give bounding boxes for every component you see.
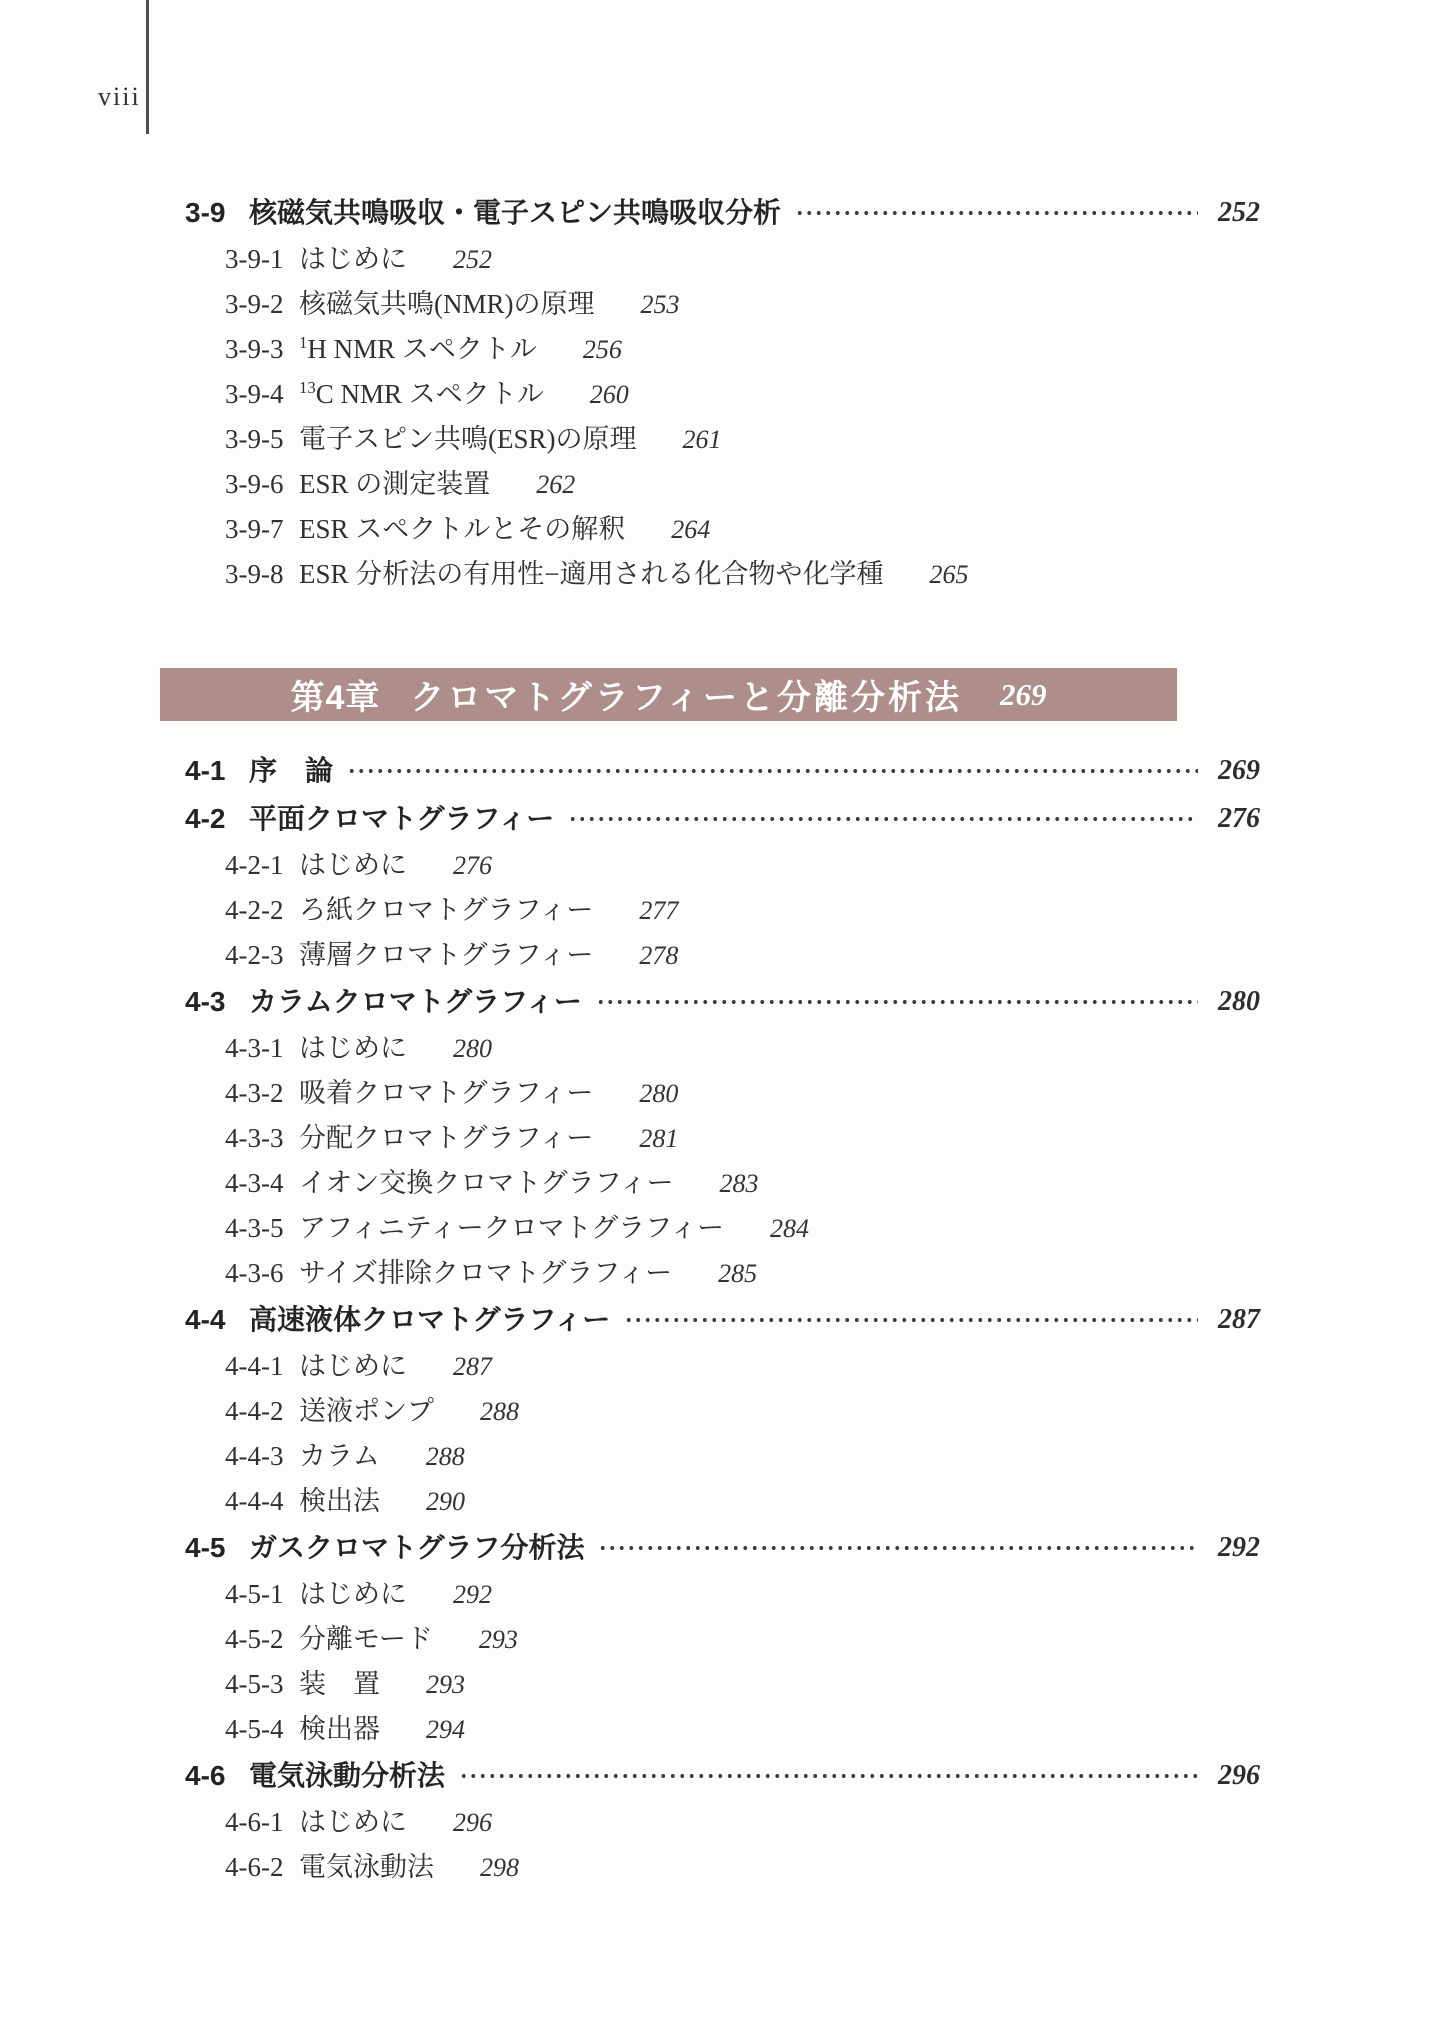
toc-subentry-page: 288: [480, 1397, 519, 1427]
toc-subentry-page: 265: [930, 560, 969, 590]
toc-subentry-page: 276: [453, 851, 492, 881]
toc-subentry-title: サイズ排除クロマトグラフィー: [299, 1258, 672, 1288]
toc-subentry-4-3-2: 4-3-2吸着クロマトグラフィー280: [185, 1078, 1260, 1108]
toc-entry-4-2: 4-2平面クロマトグラフィー276: [185, 802, 1260, 836]
toc-subentry-4-6-2: 4-6-2電気泳動法298: [185, 1852, 1260, 1882]
toc-subentry-number: 3-9-2: [225, 289, 299, 319]
toc-subentry-title: 13C NMR スペクトル: [299, 379, 544, 409]
toc-subentry-page: 284: [770, 1214, 809, 1244]
toc-subentry-3-9-2: 3-9-2核磁気共鳴(NMR)の原理253: [185, 289, 1260, 319]
toc-subentry-page: 292: [453, 1580, 492, 1610]
toc-subentry-page: 256: [583, 335, 622, 365]
toc-subentry-page: 285: [718, 1259, 757, 1289]
toc-chapter4-block: 4-1序 論2694-2平面クロマトグラフィー2764-2-1はじめに2764-…: [185, 754, 1260, 1882]
toc-subentry-title: はじめに: [299, 1807, 407, 1837]
toc-subentry-3-9-3: 3-9-31H NMR スペクトル256: [185, 334, 1260, 364]
toc-subentry-page: 281: [639, 1124, 678, 1154]
toc-subentry-page: 293: [479, 1625, 518, 1655]
toc-subentry-page: 294: [426, 1715, 465, 1745]
toc-subentry-title-text: サイズ排除クロマトグラフィー: [299, 1258, 672, 1288]
toc-subentry-page: 262: [536, 470, 575, 500]
toc-subentry-page: 261: [683, 425, 722, 455]
toc-subentry-page: 264: [671, 515, 710, 545]
toc-subentry-number: 4-2-3: [225, 940, 299, 970]
dotted-leader: [624, 1303, 1198, 1337]
toc-subentry-4-5-3: 4-5-3装 置293: [185, 1669, 1260, 1699]
toc-subentry-title-text: はじめに: [299, 850, 407, 880]
toc-subentry-number: 4-4-1: [225, 1351, 299, 1381]
toc-entry-4-3: 4-3カラムクロマトグラフィー280: [185, 985, 1260, 1019]
table-of-contents: 3-9核磁気共鳴吸収・電子スピン共鳴吸収分析2523-9-1はじめに2523-9…: [185, 196, 1260, 1897]
toc-subentry-page: 277: [639, 896, 678, 926]
toc-subentry-title: 送液ポンプ: [299, 1396, 434, 1426]
toc-subentry-number: 3-9-8: [225, 559, 299, 589]
toc-entry-title: 平面クロマトグラフィー: [249, 802, 554, 836]
toc-entry-number: 4-4: [185, 1303, 249, 1337]
toc-entry-number: 4-5: [185, 1531, 249, 1565]
toc-subentry-4-4-2: 4-4-2送液ポンプ288: [185, 1396, 1260, 1426]
toc-entry-number: 4-2: [185, 802, 249, 836]
toc-subentry-page: 280: [453, 1034, 492, 1064]
toc-subentry-4-4-3: 4-4-3カラム288: [185, 1441, 1260, 1471]
toc-subentry-4-5-4: 4-5-4検出器294: [185, 1714, 1260, 1744]
toc-subentry-number: 4-6-1: [225, 1807, 299, 1837]
toc-subentry-number: 4-3-5: [225, 1213, 299, 1243]
chapter-number: 第4章: [290, 670, 380, 719]
toc-entry-page: 280: [1210, 985, 1260, 1019]
toc-subentry-4-3-1: 4-3-1はじめに280: [185, 1033, 1260, 1063]
toc-subentry-3-9-4: 3-9-413C NMR スペクトル260: [185, 379, 1260, 409]
toc-entry-number: 4-6: [185, 1759, 249, 1793]
toc-subentry-title: イオン交換クロマトグラフィー: [299, 1168, 674, 1198]
toc-entry-title: カラムクロマトグラフィー: [249, 985, 582, 1019]
folio-divider-rule: [146, 0, 149, 134]
toc-subentry-title-text: 薄層クロマトグラフィー: [299, 940, 593, 970]
toc-subentry-number: 3-9-5: [225, 424, 299, 454]
toc-entry-title: ガスクロマトグラフ分析法: [249, 1531, 584, 1565]
toc-subentry-number: 4-3-4: [225, 1168, 299, 1198]
toc-subentry-title-text: アフィニティークロマトグラフィー: [299, 1213, 724, 1243]
toc-subentry-title: 検出器: [299, 1714, 380, 1744]
toc-entry-number: 4-1: [185, 754, 249, 788]
toc-subentry-page: 296: [453, 1808, 492, 1838]
toc-subentry-title: アフィニティークロマトグラフィー: [299, 1213, 724, 1243]
toc-subentry-4-6-1: 4-6-1はじめに296: [185, 1807, 1260, 1837]
toc-subentry-title-text: はじめに: [299, 1579, 407, 1609]
toc-subentry-3-9-7: 3-9-7ESR スペクトルとその解釈264: [185, 514, 1260, 544]
toc-subentry-title-text: はじめに: [299, 244, 407, 274]
toc-subentry-page: 253: [641, 290, 680, 320]
toc-subentry-3-9-5: 3-9-5電子スピン共鳴(ESR)の原理261: [185, 424, 1260, 454]
toc-subentry-number: 4-3-2: [225, 1078, 299, 1108]
toc-subentry-number: 3-9-4: [225, 379, 299, 409]
dotted-leader: [596, 985, 1198, 1019]
toc-subentry-number: 4-5-2: [225, 1624, 299, 1654]
toc-subentry-number: 3-9-6: [225, 469, 299, 499]
toc-subentry-title-text: C NMR スペクトル: [316, 379, 544, 409]
toc-subentry-title-text: ESR 分析法の有用性−適用される化合物や化学種: [299, 559, 884, 589]
toc-subentry-title: 核磁気共鳴(NMR)の原理: [299, 289, 595, 319]
toc-subentry-title-text: 送液ポンプ: [299, 1396, 434, 1426]
toc-subentry-title: 1H NMR スペクトル: [299, 334, 537, 364]
toc-subentry-page: 288: [426, 1442, 465, 1472]
toc-subentry-number: 4-5-1: [225, 1579, 299, 1609]
toc-entry-page: 292: [1210, 1531, 1260, 1565]
toc-entry-page: 296: [1210, 1759, 1260, 1793]
toc-subentry-number: 4-5-3: [225, 1669, 299, 1699]
toc-subentry-title: 電子スピン共鳴(ESR)の原理: [299, 424, 637, 454]
toc-subentry-title: ESR スペクトルとその解釈: [299, 514, 625, 544]
toc-subentry-4-3-4: 4-3-4イオン交換クロマトグラフィー283: [185, 1168, 1260, 1198]
toc-subentry-page: 293: [426, 1670, 465, 1700]
toc-subentry-page: 252: [453, 245, 492, 275]
toc-entry-4-4: 4-4高速液体クロマトグラフィー287: [185, 1303, 1260, 1337]
toc-subentry-number: 3-9-3: [225, 334, 299, 364]
toc-subentry-3-9-1: 3-9-1はじめに252: [185, 244, 1260, 274]
toc-subentry-title: 検出法: [299, 1486, 380, 1516]
toc-subentry-title-text: 装 置: [299, 1669, 380, 1699]
chapter-page-number: 269: [1000, 677, 1047, 713]
chapter-heading-bar: 第4章 クロマトグラフィーと分離分析法 269: [160, 668, 1177, 721]
toc-subentry-title-text: 吸着クロマトグラフィー: [299, 1078, 593, 1108]
toc-subentry-title: 薄層クロマトグラフィー: [299, 940, 593, 970]
toc-subentry-page: 280: [639, 1079, 678, 1109]
chapter-title: クロマトグラフィーと分離分析法: [410, 670, 962, 719]
toc-entry-page: 269: [1210, 754, 1260, 788]
toc-subentry-3-9-6: 3-9-6ESR の測定装置262: [185, 469, 1260, 499]
toc-subentry-4-5-1: 4-5-1はじめに292: [185, 1579, 1260, 1609]
toc-subentry-title: 分離モード: [299, 1624, 433, 1654]
toc-subentry-4-2-3: 4-2-3薄層クロマトグラフィー278: [185, 940, 1260, 970]
toc-subentry-title-text: はじめに: [299, 1351, 407, 1381]
toc-subentry-title-text: はじめに: [299, 1033, 407, 1063]
toc-subentry-title: ろ紙クロマトグラフィー: [299, 895, 593, 925]
toc-entry-4-1: 4-1序 論269: [185, 754, 1260, 788]
toc-subentry-title-text: H NMR スペクトル: [307, 334, 537, 364]
page-folio: viii: [98, 82, 141, 112]
toc-entry-title: 電気泳動分析法: [249, 1759, 445, 1793]
toc-subentry-title-text: はじめに: [299, 1807, 407, 1837]
toc-subentry-title: カラム: [299, 1441, 380, 1471]
dotted-leader: [568, 802, 1198, 836]
toc-subentry-title: ESR の測定装置: [299, 469, 490, 499]
toc-subentry-number: 4-3-3: [225, 1123, 299, 1153]
toc-subentry-title: はじめに: [299, 244, 407, 274]
toc-subentry-number: 3-9-1: [225, 244, 299, 274]
toc-subentry-title: ESR 分析法の有用性−適用される化合物や化学種: [299, 559, 884, 589]
toc-entry-title: 核磁気共鳴吸収・電子スピン共鳴吸収分析: [249, 196, 781, 230]
toc-subentry-number: 4-2-1: [225, 850, 299, 880]
toc-subentry-title: はじめに: [299, 850, 407, 880]
toc-subentry-number: 4-4-3: [225, 1441, 299, 1471]
toc-subentry-4-2-1: 4-2-1はじめに276: [185, 850, 1260, 880]
toc-subentry-title-text: 電気泳動法: [299, 1852, 434, 1882]
toc-subentry-number: 4-2-2: [225, 895, 299, 925]
toc-subentry-number: 4-4-4: [225, 1486, 299, 1516]
toc-subentry-title-text: 分配クロマトグラフィー: [299, 1123, 593, 1153]
toc-entry-page: 287: [1210, 1303, 1260, 1337]
toc-entry-number: 3-9: [185, 196, 249, 230]
toc-subentry-number: 4-6-2: [225, 1852, 299, 1882]
toc-subentry-title-text: 検出法: [299, 1486, 380, 1516]
toc-subentry-4-2-2: 4-2-2ろ紙クロマトグラフィー277: [185, 895, 1260, 925]
dotted-leader: [347, 754, 1198, 788]
toc-subentry-3-9-8: 3-9-8ESR 分析法の有用性−適用される化合物や化学種265: [185, 559, 1260, 589]
toc-subentry-page: 298: [480, 1853, 519, 1883]
toc-subentry-title-text: 分離モード: [299, 1624, 433, 1654]
toc-subentry-number: 4-4-2: [225, 1396, 299, 1426]
toc-entry-3-9: 3-9核磁気共鳴吸収・電子スピン共鳴吸収分析252: [185, 196, 1260, 230]
toc-subentry-title: 分配クロマトグラフィー: [299, 1123, 593, 1153]
toc-subentry-page: 287: [453, 1352, 492, 1382]
toc-subentry-title-text: 電子スピン共鳴(ESR)の原理: [299, 424, 637, 454]
toc-entry-number: 4-3: [185, 985, 249, 1019]
toc-entry-page: 276: [1210, 802, 1260, 836]
toc-subentry-page: 260: [590, 380, 629, 410]
book-toc-page: viii 3-9核磁気共鳴吸収・電子スピン共鳴吸収分析2523-9-1はじめに2…: [0, 0, 1433, 2023]
toc-subentry-title: 吸着クロマトグラフィー: [299, 1078, 593, 1108]
toc-subentry-title: 装 置: [299, 1669, 380, 1699]
dotted-leader: [459, 1759, 1198, 1793]
toc-entry-page: 252: [1210, 196, 1260, 230]
toc-subentry-4-5-2: 4-5-2分離モード293: [185, 1624, 1260, 1654]
toc-subentry-title: はじめに: [299, 1351, 407, 1381]
toc-subentry-number: 4-5-4: [225, 1714, 299, 1744]
toc-chapter3-block: 3-9核磁気共鳴吸収・電子スピン共鳴吸収分析2523-9-1はじめに2523-9…: [185, 196, 1260, 589]
toc-entry-title: 高速液体クロマトグラフィー: [249, 1303, 610, 1337]
toc-subentry-title: はじめに: [299, 1579, 407, 1609]
toc-subentry-page: 278: [639, 941, 678, 971]
toc-subentry-4-3-6: 4-3-6サイズ排除クロマトグラフィー285: [185, 1258, 1260, 1288]
toc-subentry-title-text: 検出器: [299, 1714, 380, 1744]
toc-subentry-number: 4-3-6: [225, 1258, 299, 1288]
toc-subentry-title-text: ESR の測定装置: [299, 469, 490, 499]
toc-subentry-number: 3-9-7: [225, 514, 299, 544]
toc-subentry-title-text: イオン交換クロマトグラフィー: [299, 1168, 674, 1198]
toc-entry-4-5: 4-5ガスクロマトグラフ分析法292: [185, 1531, 1260, 1565]
toc-subentry-title: はじめに: [299, 1033, 407, 1063]
toc-subentry-page: 283: [720, 1169, 759, 1199]
toc-subentry-4-3-5: 4-3-5アフィニティークロマトグラフィー284: [185, 1213, 1260, 1243]
toc-subentry-title: 電気泳動法: [299, 1852, 434, 1882]
toc-subentry-4-4-1: 4-4-1はじめに287: [185, 1351, 1260, 1381]
toc-subentry-4-4-4: 4-4-4検出法290: [185, 1486, 1260, 1516]
toc-subentry-number: 4-3-1: [225, 1033, 299, 1063]
toc-subentry-4-3-3: 4-3-3分配クロマトグラフィー281: [185, 1123, 1260, 1153]
toc-entry-4-6: 4-6電気泳動分析法296: [185, 1759, 1260, 1793]
toc-subentry-title-text: ESR スペクトルとその解釈: [299, 514, 625, 544]
toc-subentry-title-text: カラム: [299, 1441, 380, 1471]
dotted-leader: [795, 196, 1198, 230]
toc-subentry-title-text: ろ紙クロマトグラフィー: [299, 895, 593, 925]
toc-entry-title: 序 論: [249, 754, 333, 788]
toc-subentry-title-text: 核磁気共鳴(NMR)の原理: [299, 289, 595, 319]
isotope-superscript: 13: [299, 378, 316, 397]
toc-subentry-page: 290: [426, 1487, 465, 1517]
dotted-leader: [598, 1531, 1198, 1565]
